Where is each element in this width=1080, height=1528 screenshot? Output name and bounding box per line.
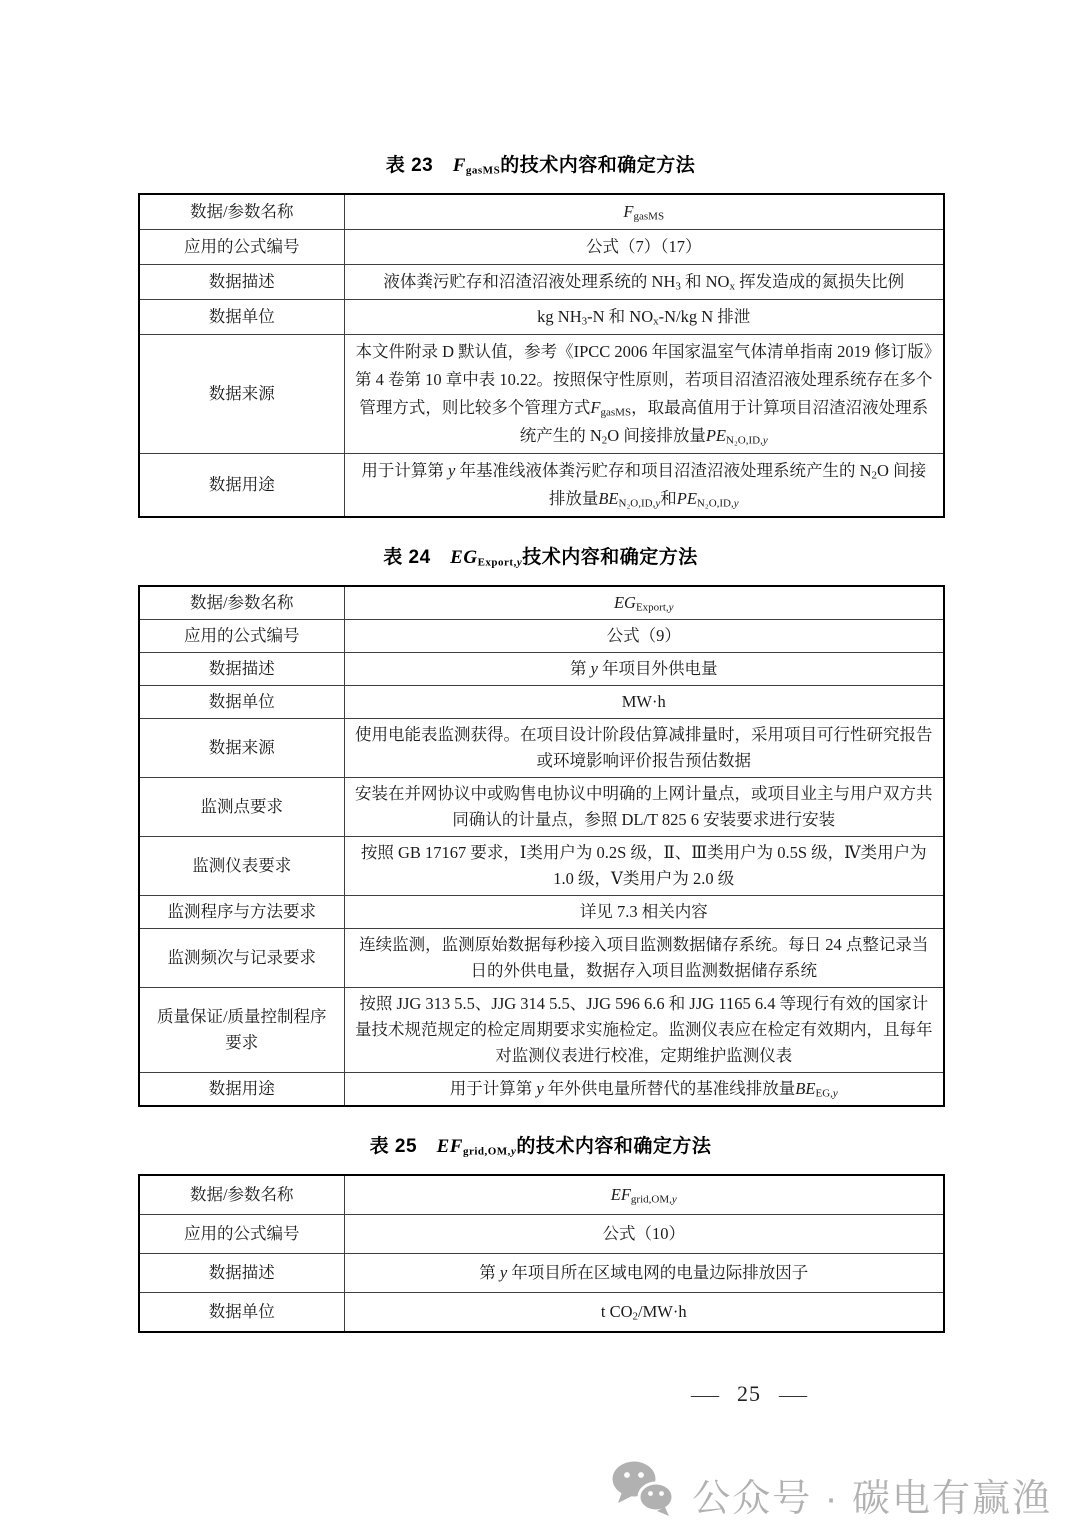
row-label: 数据来源 — [139, 719, 344, 778]
watermark-text: 公众号 · 碳电有赢渔 — [692, 1467, 1052, 1522]
row-value: 第 y 年项目所在区域电网的电量边际排放因子 — [344, 1254, 944, 1293]
page-number-dash-left: — — [691, 1384, 719, 1407]
table-row: 数据来源使用电能表监测获得。在项目设计阶段估算减排量时，采用项目可行性研究报告或… — [139, 719, 944, 778]
page-number-dash-right: — — [779, 1384, 807, 1407]
table-24-caption: 表 24 EGExport,y技术内容和确定方法 — [138, 542, 943, 569]
row-value: MW·h — [344, 686, 944, 719]
document-page: 表 23 FgasMS的技术内容和确定方法 数据/参数名称FgasMS应用的公式… — [0, 0, 1080, 1407]
row-label: 数据描述 — [139, 265, 344, 300]
row-label: 数据/参数名称 — [139, 1175, 344, 1215]
row-label: 应用的公式编号 — [139, 230, 344, 265]
row-value: 公式（10） — [344, 1215, 944, 1254]
table-row: 数据描述液体粪污贮存和沼渣沼液处理系统的 NH3 和 NOx 挥发造成的氮损失比… — [139, 265, 944, 300]
row-label: 监测点要求 — [139, 778, 344, 837]
table-24-section: 表 24 EGExport,y技术内容和确定方法 数据/参数名称EGExport… — [138, 542, 943, 1107]
table-row: 质量保证/质量控制程序要求按照 JJG 313 5.5、JJG 314 5.5、… — [139, 988, 944, 1073]
row-label: 数据描述 — [139, 653, 344, 686]
row-value: 液体粪污贮存和沼渣沼液处理系统的 NH3 和 NOx 挥发造成的氮损失比例 — [344, 265, 944, 300]
table-row: 数据用途用于计算第 y 年外供电量所替代的基准线排放量BEEG,y — [139, 1073, 944, 1107]
table-row: 应用的公式编号公式（9） — [139, 620, 944, 653]
row-label: 数据单位 — [139, 1293, 344, 1333]
row-value: 用于计算第 y 年基准线液体粪污贮存和项目沼渣沼液处理系统产生的 N2O 间接排… — [344, 454, 944, 518]
row-value: EFgrid,OM,y — [344, 1175, 944, 1215]
page-number: 25 — [737, 1381, 761, 1406]
table-row: 数据用途用于计算第 y 年基准线液体粪污贮存和项目沼渣沼液处理系统产生的 N2O… — [139, 454, 944, 518]
table-row: 数据/参数名称EFgrid,OM,y — [139, 1175, 944, 1215]
table-row: 数据描述第 y 年项目外供电量 — [139, 653, 944, 686]
table-row: 数据单位kg NH3-N 和 NOx-N/kg N 排泄 — [139, 300, 944, 335]
table-23-caption: 表 23 FgasMS的技术内容和确定方法 — [138, 150, 943, 177]
table-row: 数据描述第 y 年项目所在区域电网的电量边际排放因子 — [139, 1254, 944, 1293]
table-25-section: 表 25 EFgrid,OM,y的技术内容和确定方法 数据/参数名称EFgrid… — [138, 1131, 943, 1333]
page-number-line: —25— — [138, 1381, 943, 1407]
row-label: 数据用途 — [139, 454, 344, 518]
row-label: 数据/参数名称 — [139, 194, 344, 230]
row-value: 使用电能表监测获得。在项目设计阶段估算减排量时，采用项目可行性研究报告或环境影响… — [344, 719, 944, 778]
table-row: 监测仪表要求按照 GB 17167 要求，Ⅰ类用户为 0.2S 级，Ⅱ、Ⅲ类用户… — [139, 837, 944, 896]
table-row: 数据单位t CO2/MW·h — [139, 1293, 944, 1333]
table-row: 数据/参数名称FgasMS — [139, 194, 944, 230]
row-label: 监测程序与方法要求 — [139, 896, 344, 929]
row-label: 质量保证/质量控制程序要求 — [139, 988, 344, 1073]
wechat-icon — [610, 1460, 676, 1528]
row-value: t CO2/MW·h — [344, 1293, 944, 1333]
row-label: 应用的公式编号 — [139, 620, 344, 653]
row-label: 监测频次与记录要求 — [139, 929, 344, 988]
table-25-caption: 表 25 EFgrid,OM,y的技术内容和确定方法 — [138, 1131, 943, 1158]
row-label: 应用的公式编号 — [139, 1215, 344, 1254]
row-label: 数据/参数名称 — [139, 586, 344, 620]
table-row: 监测频次与记录要求连续监测，监测原始数据每秒接入项目监测数据储存系统。每日 24… — [139, 929, 944, 988]
table-25: 数据/参数名称EFgrid,OM,y应用的公式编号公式（10）数据描述第 y 年… — [138, 1174, 945, 1333]
row-value: 第 y 年项目外供电量 — [344, 653, 944, 686]
row-label: 数据用途 — [139, 1073, 344, 1107]
table-23: 数据/参数名称FgasMS应用的公式编号公式（7）（17）数据描述液体粪污贮存和… — [138, 193, 945, 518]
row-label: 数据来源 — [139, 335, 344, 454]
row-label: 数据单位 — [139, 300, 344, 335]
table-row: 应用的公式编号公式（10） — [139, 1215, 944, 1254]
row-value: 本文件附录 D 默认值，参考《IPCC 2006 年国家温室气体清单指南 201… — [344, 335, 944, 454]
row-label: 数据单位 — [139, 686, 344, 719]
row-label: 监测仪表要求 — [139, 837, 344, 896]
table-row: 监测程序与方法要求详见 7.3 相关内容 — [139, 896, 944, 929]
table-23-section: 表 23 FgasMS的技术内容和确定方法 数据/参数名称FgasMS应用的公式… — [138, 150, 943, 518]
row-value: EGExport,y — [344, 586, 944, 620]
row-value: kg NH3-N 和 NOx-N/kg N 排泄 — [344, 300, 944, 335]
table-row: 监测点要求安装在并网协议中或购售电协议中明确的上网计量点，或项目业主与用户双方共… — [139, 778, 944, 837]
row-value: FgasMS — [344, 194, 944, 230]
row-value: 用于计算第 y 年外供电量所替代的基准线排放量BEEG,y — [344, 1073, 944, 1107]
row-value: 详见 7.3 相关内容 — [344, 896, 944, 929]
row-value: 公式（7）（17） — [344, 230, 944, 265]
row-value: 连续监测，监测原始数据每秒接入项目监测数据储存系统。每日 24 点整记录当日的外… — [344, 929, 944, 988]
table-row: 应用的公式编号公式（7）（17） — [139, 230, 944, 265]
row-label: 数据描述 — [139, 1254, 344, 1293]
row-value: 按照 JJG 313 5.5、JJG 314 5.5、JJG 596 6.6 和… — [344, 988, 944, 1073]
table-row: 数据来源本文件附录 D 默认值，参考《IPCC 2006 年国家温室气体清单指南… — [139, 335, 944, 454]
table-24: 数据/参数名称EGExport,y应用的公式编号公式（9）数据描述第 y 年项目… — [138, 585, 945, 1107]
row-value: 按照 GB 17167 要求，Ⅰ类用户为 0.2S 级，Ⅱ、Ⅲ类用户为 0.5S… — [344, 837, 944, 896]
table-row: 数据单位MW·h — [139, 686, 944, 719]
row-value: 安装在并网协议中或购售电协议中明确的上网计量点，或项目业主与用户双方共同确认的计… — [344, 778, 944, 837]
table-row: 数据/参数名称EGExport,y — [139, 586, 944, 620]
row-value: 公式（9） — [344, 620, 944, 653]
watermark: 公众号 · 碳电有赢渔 — [610, 1460, 1052, 1528]
